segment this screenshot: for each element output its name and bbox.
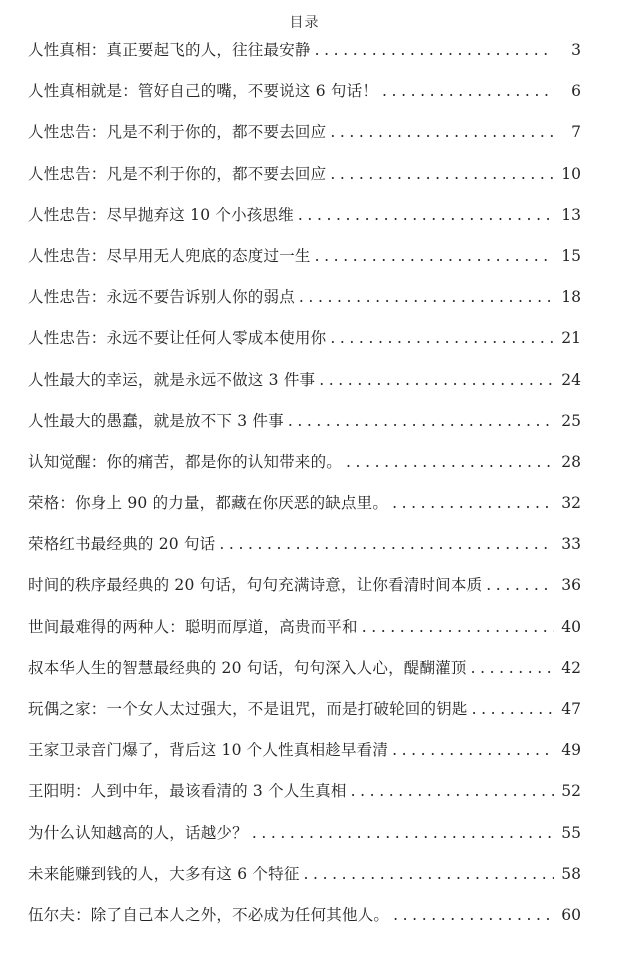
toc-entry: 王阳明：人到中年，最该看清的 3 个人生真相 52 xyxy=(28,779,581,820)
toc-entry-title: 人性忠告：凡是不利于你的，都不要去回应 xyxy=(28,162,326,184)
toc-entry-page-number: 21 xyxy=(557,329,581,347)
toc-entry: 人性忠告：尽早抛弃这 10 个小孩思维 13 xyxy=(28,203,581,244)
dot-leader xyxy=(472,700,554,718)
toc-entry: 世间最难得的两种人：聪明而厚道，高贵而平和 40 xyxy=(28,615,581,656)
dot-leader xyxy=(319,371,554,389)
toc-entry-title: 王阳明：人到中年，最该看清的 3 个人生真相 xyxy=(28,779,347,801)
toc-entry-title: 时间的秩序最经典的 20 句话，句句充满诗意，让你看清时间本质 xyxy=(28,573,482,595)
dot-leader xyxy=(252,824,554,842)
toc-entry: 时间的秩序最经典的 20 句话，句句充满诗意，让你看清时间本质 36 xyxy=(28,573,581,614)
toc-entry-page-number: 49 xyxy=(557,741,581,759)
dot-leader xyxy=(288,412,554,430)
dot-leader xyxy=(362,618,554,636)
toc-entry: 人性忠告：凡是不利于你的，都不要去回应 7 xyxy=(28,120,581,161)
document-page: 目录 人性真相：真正要起飞的人，往往最安静 3 人性真相就是：管好自己的嘴，不要… xyxy=(0,0,619,959)
toc-entry-title: 人性忠告：凡是不利于你的，都不要去回应 xyxy=(28,120,326,142)
toc-entry-page-number: 32 xyxy=(557,494,581,512)
toc-entry-title: 叔本华人生的智慧最经典的 20 句话，句句深入人心，醍醐灌顶 xyxy=(28,656,467,678)
dot-leader xyxy=(330,329,554,347)
dot-leader xyxy=(315,247,554,265)
toc-entry: 人性真相就是：管好自己的嘴，不要说这 6 句话！ 6 xyxy=(28,79,581,120)
toc-list: 人性真相：真正要起飞的人，往往最安静 3 人性真相就是：管好自己的嘴，不要说这 … xyxy=(28,38,581,944)
dot-leader xyxy=(392,741,554,759)
dot-leader xyxy=(486,576,554,594)
toc-entry-title: 未来能赚到钱的人，大多有这 6 个特征 xyxy=(28,862,300,884)
dot-leader xyxy=(304,865,554,883)
toc-entry-title: 王家卫录音门爆了，背后这 10 个人性真相趁早看清 xyxy=(28,738,388,760)
dot-leader xyxy=(393,906,554,924)
toc-entry-page-number: 15 xyxy=(557,247,581,265)
toc-entry-page-number: 13 xyxy=(557,206,581,224)
toc-entry-title: 人性忠告：尽早抛弃这 10 个小孩思维 xyxy=(28,203,294,225)
toc-entry-page-number: 47 xyxy=(557,700,581,718)
toc-entry: 人性最大的愚蠢，就是放不下 3 件事 25 xyxy=(28,409,581,450)
toc-entry: 认知觉醒：你的痛苦，都是你的认知带来的。 28 xyxy=(28,450,581,491)
toc-entry-title: 人性忠告：永远不要告诉别人你的弱点 xyxy=(28,285,295,307)
toc-entry-page-number: 3 xyxy=(557,41,581,59)
toc-entry-title: 荣格：你身上 90 的力量，都藏在你厌恶的缺点里。 xyxy=(28,491,388,513)
toc-entry-title: 为什么认知越高的人，话越少？ xyxy=(28,821,248,843)
toc-entry: 为什么认知越高的人，话越少？ 55 xyxy=(28,821,581,862)
dot-leader xyxy=(298,206,554,224)
toc-entry-title: 玩偶之家：一个女人太过强大，不是诅咒，而是打破轮回的钥匙 xyxy=(28,697,468,719)
toc-entry-title: 人性真相就是：管好自己的嘴，不要说这 6 句话！ xyxy=(28,79,378,101)
toc-entry-page-number: 52 xyxy=(557,782,581,800)
toc-title: 目录 xyxy=(28,12,581,34)
toc-entry-title: 人性最大的愚蠢，就是放不下 3 件事 xyxy=(28,409,284,431)
toc-entry-title: 人性最大的幸运，就是永远不做这 3 件事 xyxy=(28,368,315,390)
toc-entry: 荣格：你身上 90 的力量，都藏在你厌恶的缺点里。 32 xyxy=(28,491,581,532)
toc-entry-title: 荣格红书最经典的 20 句话 xyxy=(28,532,215,554)
dot-leader xyxy=(346,453,554,471)
toc-entry-title: 认知觉醒：你的痛苦，都是你的认知带来的。 xyxy=(28,450,342,472)
toc-entry-page-number: 55 xyxy=(557,824,581,842)
toc-entry: 伍尔夫：除了自己本人之外，不必成为任何其他人。 60 xyxy=(28,903,581,944)
toc-entry-page-number: 40 xyxy=(557,618,581,636)
dot-leader xyxy=(330,165,554,183)
dot-leader xyxy=(392,494,554,512)
toc-entry: 未来能赚到钱的人，大多有这 6 个特征 58 xyxy=(28,862,581,903)
dot-leader xyxy=(471,659,554,677)
toc-entry-page-number: 33 xyxy=(557,535,581,553)
toc-entry: 人性真相：真正要起飞的人，往往最安静 3 xyxy=(28,38,581,79)
dot-leader xyxy=(219,535,554,553)
toc-entry: 人性忠告：永远不要让任何人零成本使用你 21 xyxy=(28,326,581,367)
toc-entry: 人性最大的幸运，就是永远不做这 3 件事 24 xyxy=(28,368,581,409)
toc-entry-title: 人性真相：真正要起飞的人，往往最安静 xyxy=(28,38,311,60)
toc-entry-page-number: 58 xyxy=(557,865,581,883)
dot-leader xyxy=(315,41,554,59)
toc-entry-page-number: 42 xyxy=(557,659,581,677)
toc-entry: 叔本华人生的智慧最经典的 20 句话，句句深入人心，醍醐灌顶 42 xyxy=(28,656,581,697)
toc-entry: 王家卫录音门爆了，背后这 10 个人性真相趁早看清 49 xyxy=(28,738,581,779)
toc-entry: 人性忠告：凡是不利于你的，都不要去回应 10 xyxy=(28,162,581,203)
toc-entry-title: 世间最难得的两种人：聪明而厚道，高贵而平和 xyxy=(28,615,358,637)
dot-leader xyxy=(330,123,554,141)
toc-entry: 荣格红书最经典的 20 句话 33 xyxy=(28,532,581,573)
toc-entry-title: 伍尔夫：除了自己本人之外，不必成为任何其他人。 xyxy=(28,903,389,925)
toc-entry-page-number: 36 xyxy=(557,576,581,594)
toc-entry-page-number: 25 xyxy=(557,412,581,430)
toc-entry-page-number: 18 xyxy=(557,288,581,306)
toc-entry-page-number: 10 xyxy=(557,165,581,183)
toc-entry-title: 人性忠告：永远不要让任何人零成本使用你 xyxy=(28,326,326,348)
toc-entry-page-number: 28 xyxy=(557,453,581,471)
dot-leader xyxy=(299,288,554,306)
dot-leader xyxy=(351,782,554,800)
toc-entry: 人性忠告：永远不要告诉别人你的弱点 18 xyxy=(28,285,581,326)
toc-entry: 人性忠告：尽早用无人兜底的态度过一生 15 xyxy=(28,244,581,285)
toc-entry-title: 人性忠告：尽早用无人兜底的态度过一生 xyxy=(28,244,311,266)
dot-leader xyxy=(382,82,554,100)
toc-entry-page-number: 6 xyxy=(557,82,581,100)
toc-entry-page-number: 60 xyxy=(557,906,581,924)
toc-entry-page-number: 7 xyxy=(557,123,581,141)
toc-entry-page-number: 24 xyxy=(557,371,581,389)
toc-entry: 玩偶之家：一个女人太过强大，不是诅咒，而是打破轮回的钥匙 47 xyxy=(28,697,581,738)
